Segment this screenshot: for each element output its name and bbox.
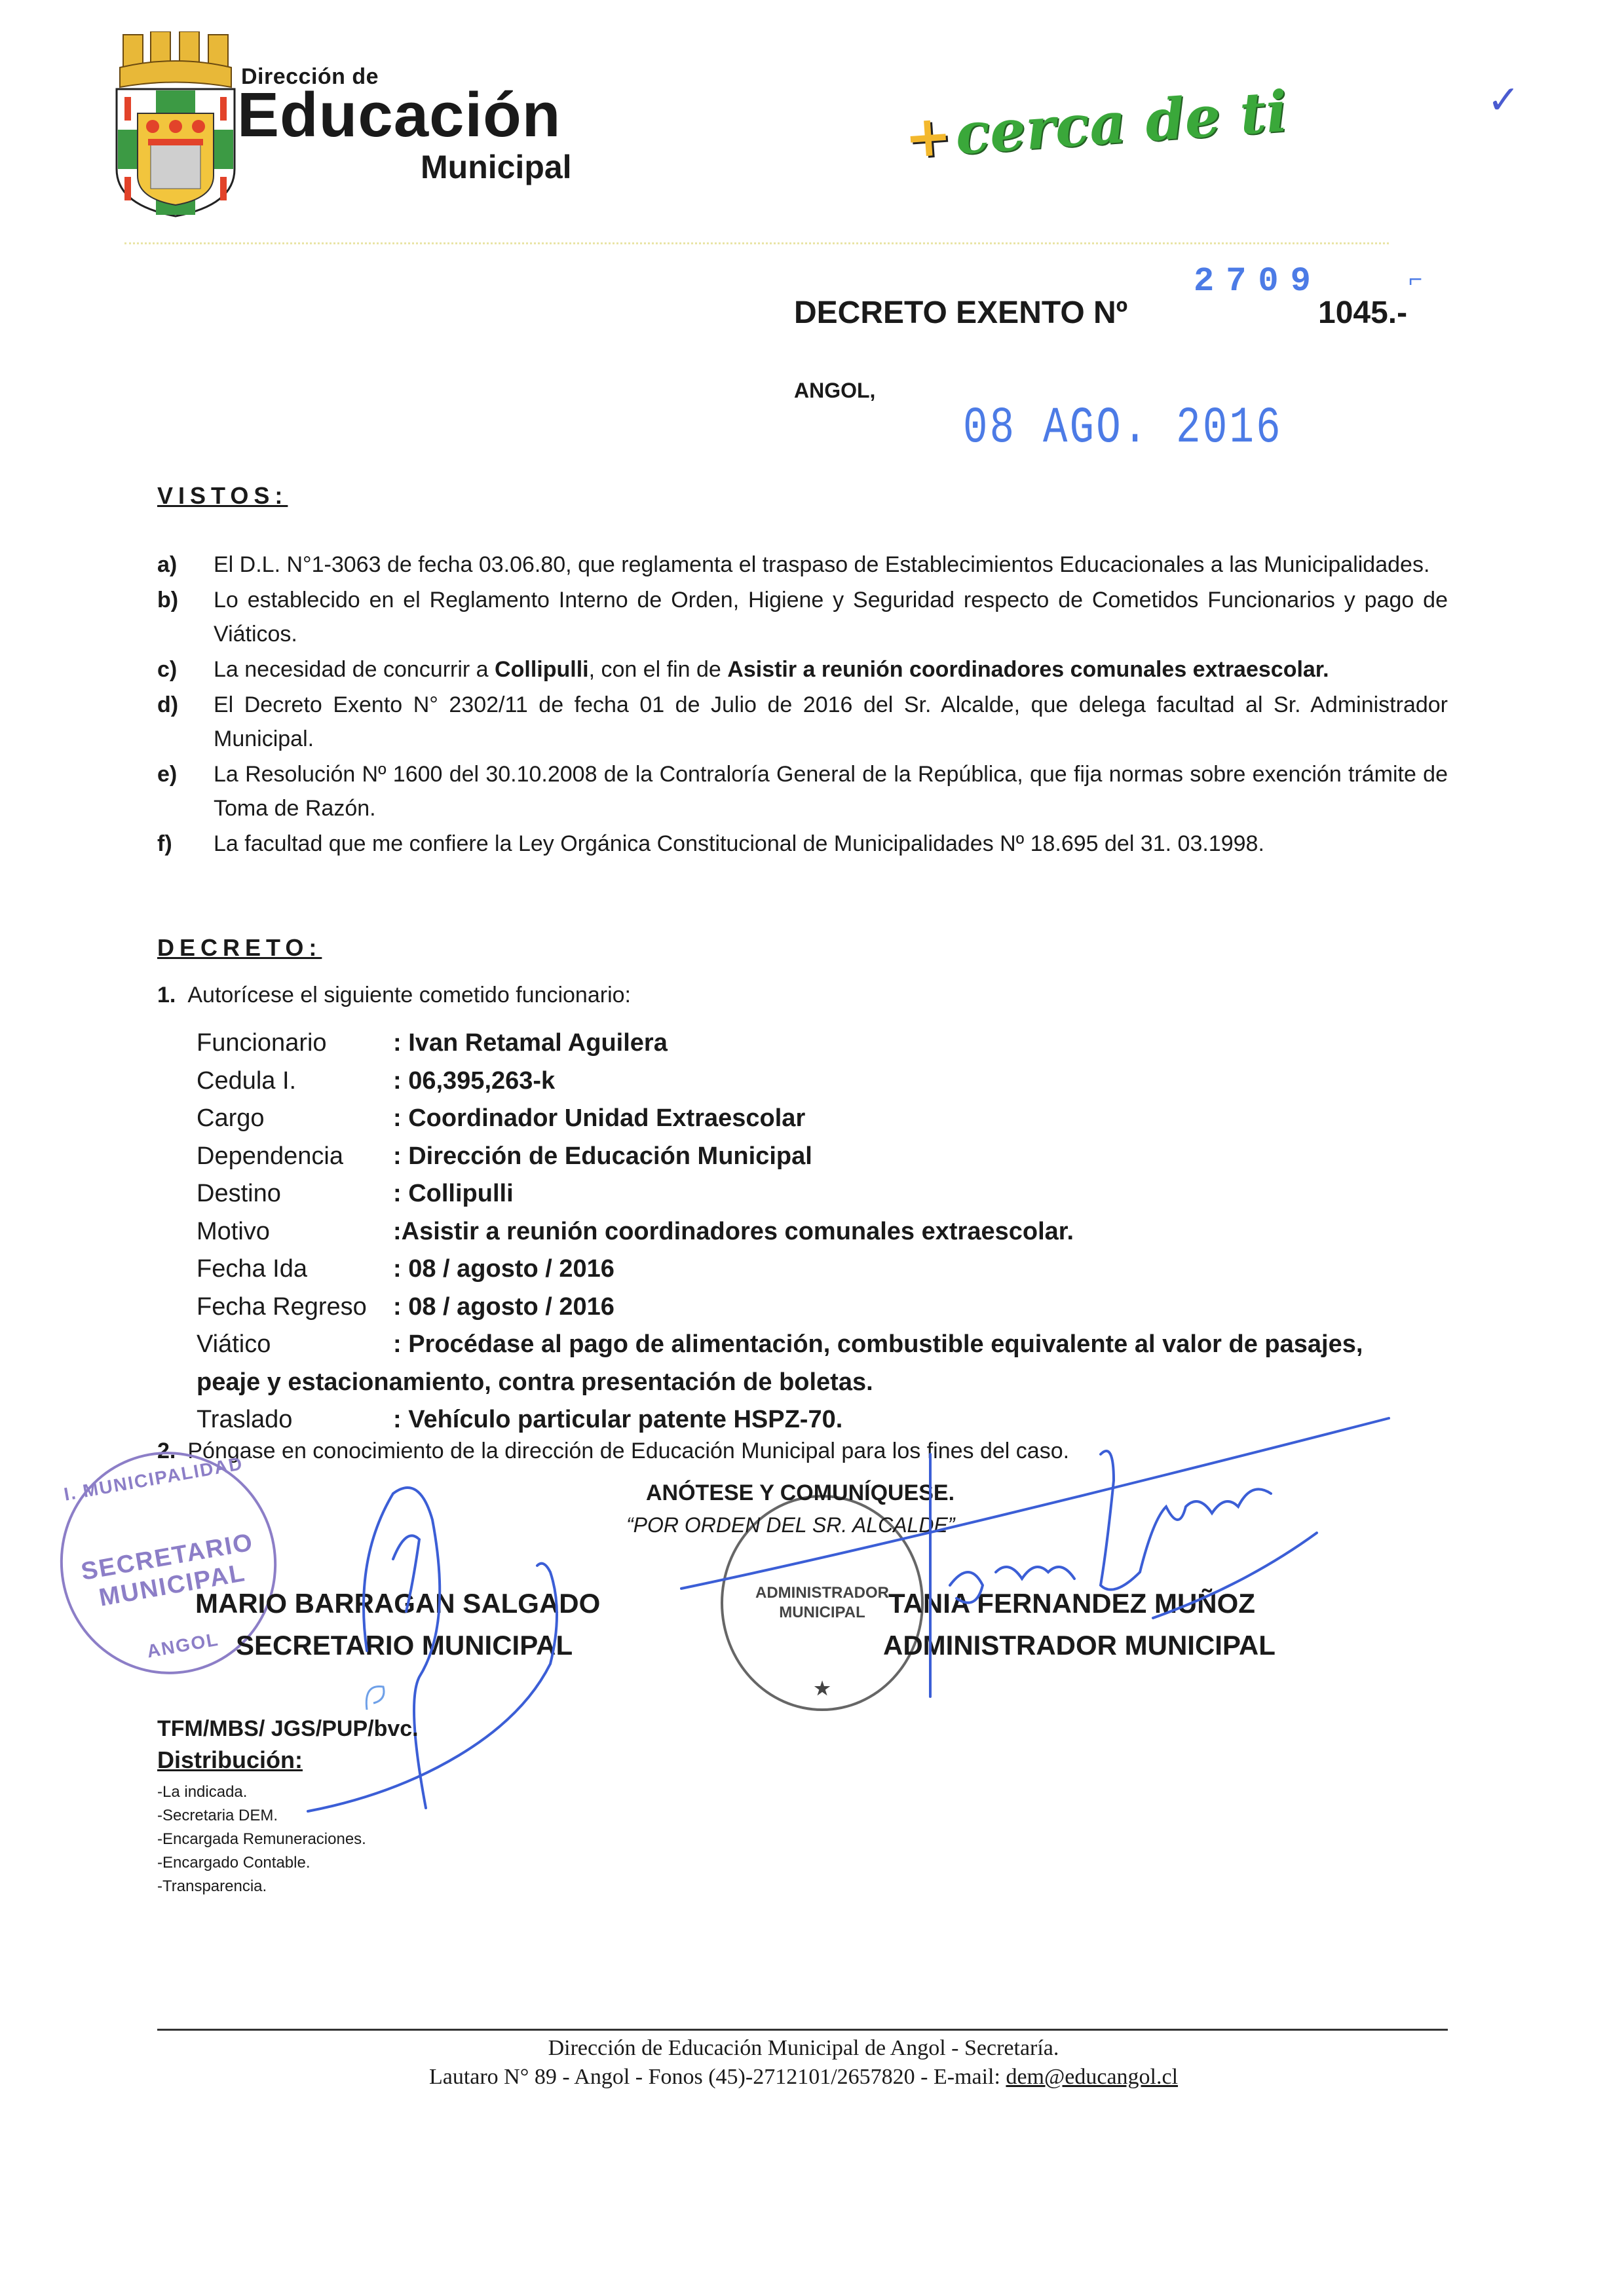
footer-address-line2: Lautaro N° 89 - Angol - Fonos (45)-27121… — [0, 2065, 1607, 2090]
anotese-text: ANÓTESE Y COMUNÍQUESE. — [646, 1480, 955, 1506]
slogan-logo: +cerca de ti — [902, 79, 1289, 172]
slogan-text: cerca de ti — [953, 79, 1289, 168]
distribution-heading: Distribución: — [157, 1746, 303, 1774]
decreto-heading: DECRETO: — [157, 934, 322, 962]
decreto-point-2: 2.Póngase en conocimiento de la direcció… — [157, 1439, 1069, 1464]
initials: TFM/MBS/ JGS/PUP/bvc. — [157, 1716, 419, 1742]
distribution-item: -La indicada. — [157, 1780, 366, 1804]
vistos-item: d) El Decreto Exento N° 2302/11 de fecha… — [157, 688, 1448, 756]
decree-city: ANGOL, — [794, 379, 875, 403]
logo-line3: Municipal — [421, 148, 572, 186]
decreto-point-1: 1.Autorícese el siguiente cometido funci… — [157, 983, 631, 1008]
municipal-crest-logo — [110, 31, 241, 218]
stamp-number: 2709 — [1194, 262, 1323, 301]
detail-row: Viático: Procédase al pago de alimentaci… — [197, 1326, 1448, 1364]
detail-row: Dependencia: Dirección de Educación Muni… — [197, 1138, 1448, 1176]
vistos-item: f) La facultad que me confiere la Ley Or… — [157, 827, 1448, 861]
header-divider — [124, 242, 1389, 244]
distribution-item: -Secretaria DEM. — [157, 1804, 366, 1828]
distribution-list: -La indicada. -Secretaria DEM. -Encargad… — [157, 1780, 366, 1898]
vistos-item: b) Lo establecido en el Reglamento Inter… — [157, 583, 1448, 651]
decree-number: 1045.- — [1318, 295, 1407, 331]
detail-row: Destino: Collipulli — [197, 1175, 1448, 1213]
date-stamp: 08 AGO. 2016 — [963, 400, 1283, 457]
signatory-left-role: SECRETARIO MUNICIPAL — [236, 1630, 573, 1661]
detail-row: Motivo:Asistir a reunión coordinadores c… — [197, 1213, 1448, 1251]
detail-row: Funcionario: Ivan Retamal Aguilera — [197, 1025, 1448, 1063]
distribution-item: -Encargado Contable. — [157, 1851, 366, 1875]
signatory-left-name: MARIO BARRAGAN SALGADO — [195, 1588, 600, 1619]
footer-email-link[interactable]: dem@educangol.cl — [1006, 2065, 1178, 2089]
vistos-list: a) El D.L. N°1-3063 de fecha 03.06.80, q… — [157, 548, 1448, 862]
vistos-item: a) El D.L. N°1-3063 de fecha 03.06.80, q… — [157, 548, 1448, 582]
star-icon: ★ — [723, 1678, 921, 1699]
footer-address-line1: Dirección de Educación Municipal de Ango… — [0, 2036, 1607, 2061]
detail-row: Traslado: Vehículo particular patente HS… — [197, 1401, 1448, 1439]
viatico-continuation: peaje y estacionamiento, contra presenta… — [197, 1364, 1448, 1402]
vistos-item: e) La Resolución Nº 1600 del 30.10.2008 … — [157, 757, 1448, 825]
logo-line2: Educación — [237, 84, 561, 147]
stamp-mark-icon: ⌐ — [1408, 265, 1422, 293]
vistos-heading: VISTOS: — [157, 482, 288, 510]
detail-row: Fecha Regreso: 08 / agosto / 2016 — [197, 1289, 1448, 1327]
signatory-right-name: TANIA FERNANDEZ MUÑOZ — [888, 1588, 1255, 1619]
plus-icon: + — [902, 102, 954, 172]
por-orden-text: “POR ORDEN DEL SR. ALCALDE” — [626, 1513, 955, 1537]
check-mark-icon: ✓ — [1487, 77, 1520, 123]
detail-row: Cedula I.: 06,395,263-k — [197, 1063, 1448, 1101]
vistos-item: c) La necesidad de concurrir a Collipull… — [157, 652, 1448, 687]
detail-row: Cargo: Coordinador Unidad Extraescolar — [197, 1100, 1448, 1138]
distribution-item: -Encargada Remuneraciones. — [157, 1828, 366, 1851]
signatory-right-role: ADMINISTRADOR MUNICIPAL — [883, 1630, 1276, 1661]
footer-divider — [157, 2029, 1448, 2031]
cometido-details: Funcionario: Ivan Retamal Aguilera Cedul… — [197, 1025, 1448, 1439]
decree-title: DECRETO EXENTO Nº — [794, 295, 1127, 331]
detail-row: Fecha Ida: 08 / agosto / 2016 — [197, 1251, 1448, 1289]
distribution-item: -Transparencia. — [157, 1875, 366, 1898]
